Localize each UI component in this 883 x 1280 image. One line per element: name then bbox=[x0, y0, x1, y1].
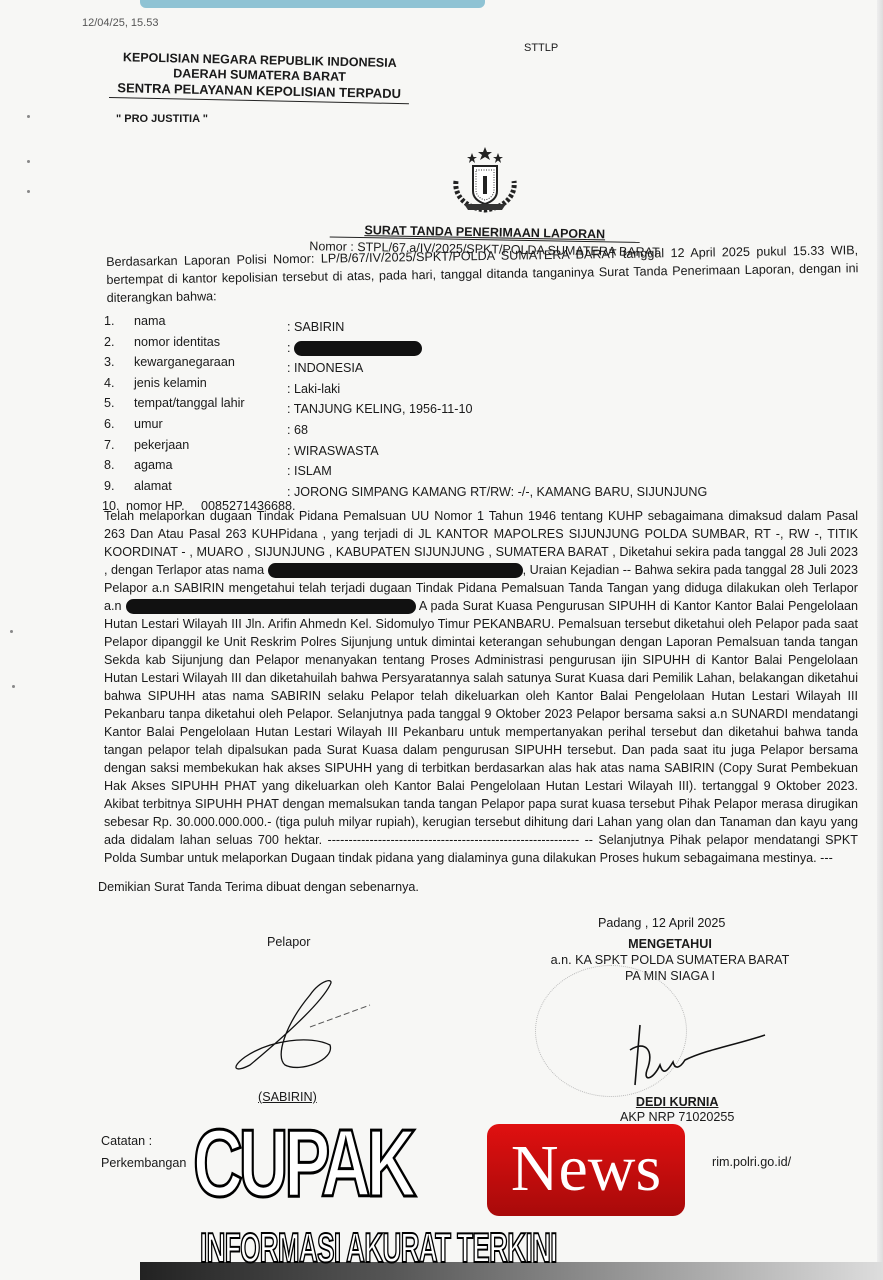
margin-speck bbox=[27, 115, 30, 118]
identity-row: 5.tempat/tanggal lahir: TANJUNG KELING, … bbox=[104, 396, 784, 417]
letterhead: KEPOLISIAN NEGARA REPUBLIK INDONESIA DAE… bbox=[109, 50, 410, 104]
margin-speck bbox=[10, 630, 13, 633]
notes-label: Catatan : bbox=[101, 1130, 186, 1152]
redaction-bar bbox=[126, 599, 416, 614]
identity-row: 3.kewarganegaraan: INDONESIA bbox=[104, 355, 784, 376]
watermark-tagline: INFORMASI AKURAT TERKINI bbox=[200, 1226, 557, 1270]
place-date: Padang , 12 April 2025 bbox=[598, 916, 725, 930]
notes-section: Catatan : Perkembangan bbox=[101, 1130, 186, 1174]
closing-statement: Demikian Surat Tanda Terima dibuat denga… bbox=[98, 880, 419, 894]
identity-list: 1.nama: SABIRIN 2.nomor identitas: 3.kew… bbox=[104, 314, 784, 520]
reporter-name: (SABIRIN) bbox=[258, 1090, 317, 1104]
intro-paragraph: Berdasarkan Laporan Polisi Nomor: LP/B/6… bbox=[106, 241, 859, 307]
official-signatory: DEDI KURNIA AKP NRP 71020255 bbox=[620, 1095, 734, 1125]
identity-row: 6.umur: 68 bbox=[104, 417, 784, 438]
notes-text: Perkembangan bbox=[101, 1152, 186, 1174]
reporter-signature bbox=[210, 965, 380, 1075]
identity-row: 7.pekerjaan: WIRASWASTA bbox=[104, 438, 784, 459]
margin-speck bbox=[27, 160, 30, 163]
police-emblem-icon bbox=[446, 146, 524, 216]
report-narrative: Telah melaporkan dugaan Tindak Pidana Pe… bbox=[104, 507, 858, 867]
official-rank: AKP NRP 71020255 bbox=[620, 1110, 734, 1125]
print-timestamp: 12/04/25, 15.53 bbox=[82, 17, 158, 29]
official-signature bbox=[535, 1010, 785, 1105]
watermark-brand: CUPAK bbox=[193, 1116, 412, 1212]
on-behalf-of: a.n. KA SPKT POLDA SUMATERA BARAT bbox=[535, 952, 805, 968]
redaction-bar bbox=[294, 341, 422, 356]
document-page: 12/04/25, 15.53 STTLP KEPOLISIAN NEGARA … bbox=[0, 0, 883, 1280]
redaction-bar bbox=[268, 563, 523, 578]
acknowledged-label: MENGETAHUI bbox=[535, 936, 805, 952]
reporter-label: Pelapor bbox=[267, 935, 310, 949]
identity-row: 8.agama: ISLAM bbox=[104, 458, 784, 479]
official-name: DEDI KURNIA bbox=[620, 1095, 734, 1110]
margin-speck bbox=[27, 190, 30, 193]
margin-speck bbox=[12, 685, 15, 688]
notes-url: rim.polri.go.id/ bbox=[712, 1155, 791, 1169]
motto: " PRO JUSTITIA " bbox=[116, 113, 208, 125]
watermark-news-badge: News bbox=[487, 1124, 685, 1216]
identity-row: 4.jenis kelamin: Laki-laki bbox=[104, 376, 784, 397]
identity-row: 2.nomor identitas: bbox=[104, 335, 784, 356]
form-code: STTLP bbox=[524, 42, 558, 54]
identity-row: 9.alamat: JORONG SIMPANG KAMANG RT/RW: -… bbox=[104, 479, 784, 500]
identity-row: 1.nama: SABIRIN bbox=[104, 314, 784, 335]
